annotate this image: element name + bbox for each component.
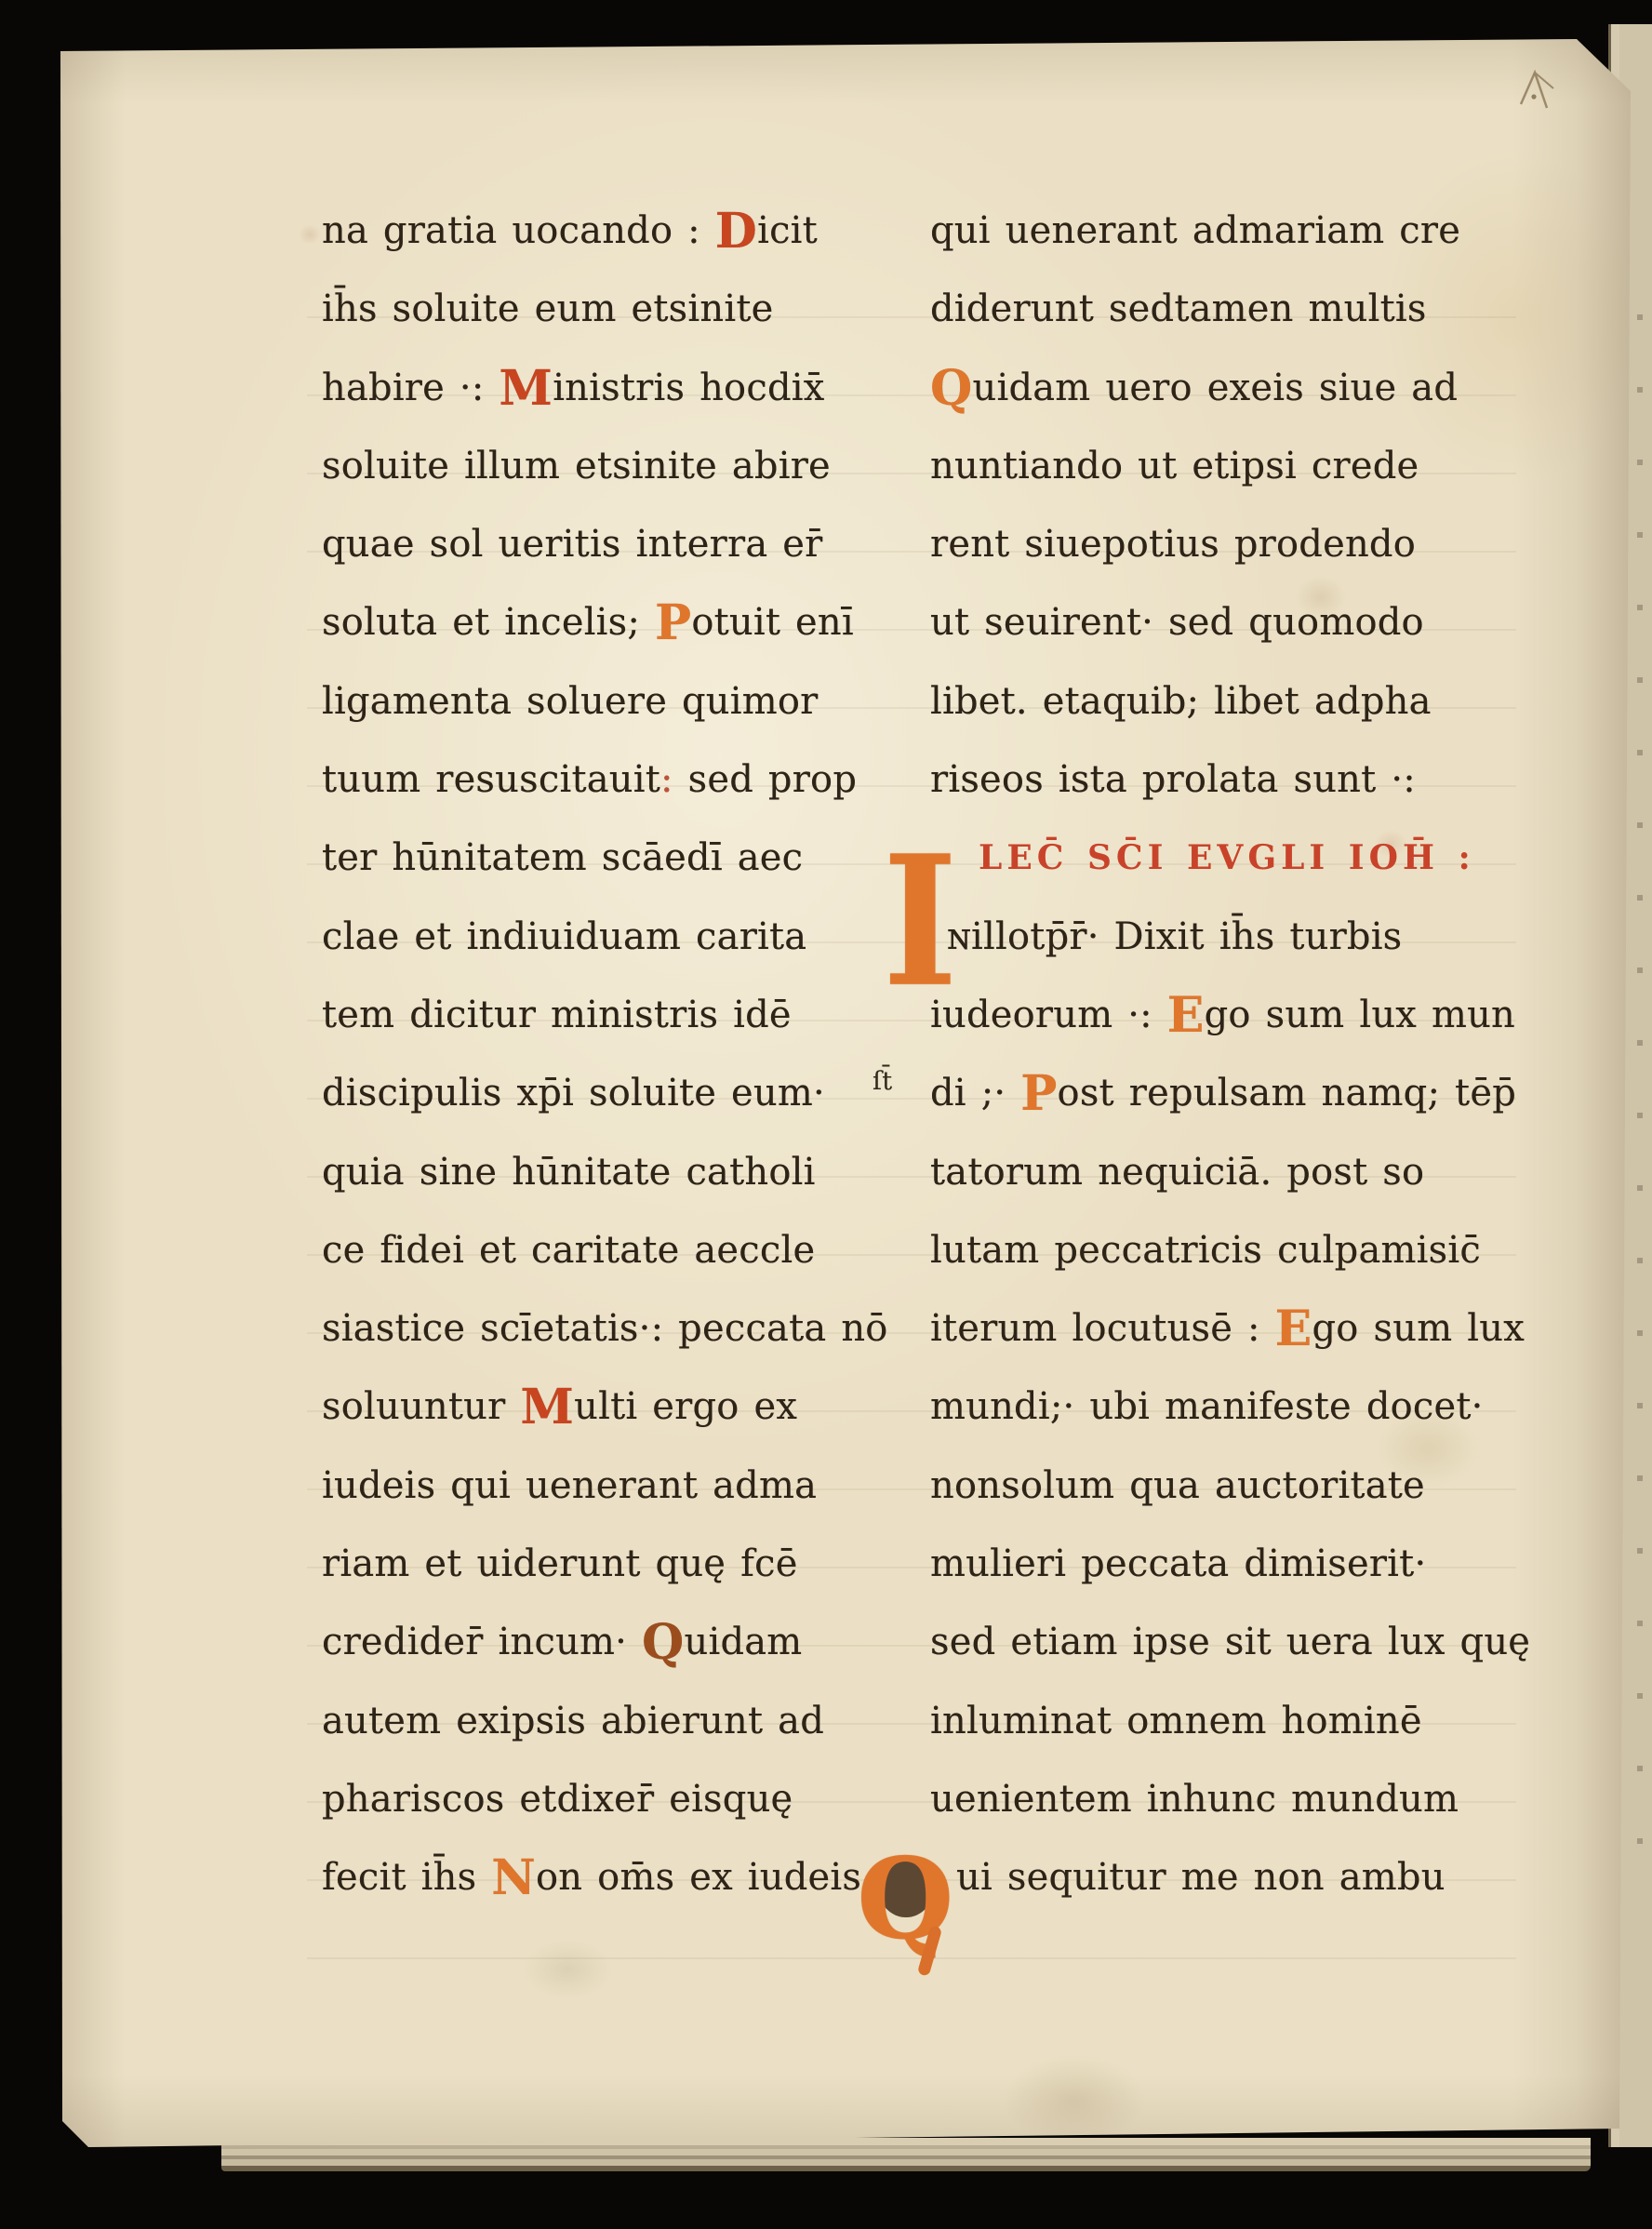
colored-initial: E (1167, 987, 1205, 1044)
line-text: diderunt sedtamen multis (930, 287, 1427, 330)
colored-initial: E (1275, 1301, 1312, 1357)
text-line-right-17: nonsolum qua auctoritate (930, 1447, 1512, 1525)
colored-initial: P (655, 594, 691, 651)
line-text: clae et indiuiduam carita (322, 915, 806, 958)
line-text: inistris hocdix̄ (553, 367, 824, 409)
marginal-note: ſt̄ (873, 1069, 892, 1094)
rubric-line: LEC̄ SC̄I EVGLI IOH̄ : (930, 819, 1512, 897)
text-line-left-5: quae sol ueritis interra er̄ (322, 505, 866, 583)
line-text: libet. etaquib; libet adpha (930, 680, 1432, 723)
colored-initial: P (1020, 1065, 1057, 1122)
line-text: ih̄s soluite eum etsinite (322, 287, 773, 330)
text-line-right-6: ut seuirent· sed quomodo (930, 583, 1512, 661)
text-line-left-21: phariscos etdixer̄ eisquę (322, 1760, 866, 1838)
line-text: otuit enī (691, 601, 854, 644)
text-line-right-15: iterum locutusē : Ego sum lux (930, 1289, 1512, 1368)
line-text: iudeorum ·: (930, 994, 1167, 1036)
text-line-left-16: soluuntur Multi ergo ex (322, 1368, 866, 1446)
line-text: ulti ergo ex (574, 1385, 797, 1428)
text-line-right-19: sed etiam ipse sit uera lux quę (930, 1603, 1512, 1681)
line-text: discipulis xp̄i soluite eum· (322, 1072, 825, 1114)
text-line-left-19: credider̄ incum· Quidam (322, 1603, 866, 1681)
text-line-left-2: ih̄s soluite eum etsinite (322, 270, 866, 348)
line-text: ost repulsam namq; tēp̄ (1058, 1072, 1516, 1114)
line-text: ligamenta soluere quimor (322, 680, 818, 723)
text-line-right-13: tatorum nequiciā. post so (930, 1133, 1512, 1211)
colored-initial: : (660, 758, 673, 801)
text-line-left-11: tem dicitur ministris idē (322, 976, 866, 1054)
line-text: tuum resuscitauit (322, 758, 660, 801)
illuminated-initial-i: I (883, 822, 948, 1062)
line-text: tatorum nequiciā. post so (930, 1151, 1424, 1194)
text-line-right-14: lutam peccatricis culpamisic̄ (930, 1211, 1512, 1289)
line-text: go sum lux (1312, 1307, 1525, 1350)
text-line-left-20: autem exipsis abierunt ad (322, 1682, 866, 1760)
text-line-right-12: ſt̄di ;· Post repulsam namq; tēp̄ (930, 1054, 1512, 1132)
line-text: qui uenerant admariam cre (930, 209, 1460, 252)
right-text-column: qui uenerant admariam crediderunt sedtam… (930, 192, 1512, 1917)
text-line-left-15: siastice scīetatis·: peccata nō (322, 1289, 866, 1368)
line-text: rent siuepotius prodendo (930, 523, 1416, 566)
line-text: ui sequitur me non ambu (956, 1856, 1445, 1899)
colored-initial: Q (642, 1614, 685, 1671)
line-text: tem dicitur ministris idē (322, 994, 792, 1036)
text-line-right-1: qui uenerant admariam cre (930, 192, 1512, 270)
line-text: soluta et incelis; (322, 601, 655, 644)
line-text: fecit ih̄s (322, 1856, 491, 1899)
text-line-right-16: mundi;· ubi manifeste docet· (930, 1368, 1512, 1446)
line-text: ter hūnitatem scāedī aec (322, 836, 803, 879)
text-line-left-6: soluta et incelis; Potuit enī (322, 583, 866, 661)
rubric-text: LEC̄ SC̄I EVGLI IOH̄ : (979, 838, 1475, 877)
line-text: na gratia uocando : (322, 209, 715, 252)
text-line-left-13: quia sine hūnitate catholi (322, 1133, 866, 1211)
line-text: iterum locutusē : (930, 1307, 1275, 1350)
text-line-left-4: soluite illum etsinite abire (322, 427, 866, 505)
text-line-left-7: ligamenta soluere quimor (322, 662, 866, 741)
line-text: uidam (685, 1621, 803, 1663)
text-line-right-5: rent siuepotius prodendo (930, 505, 1512, 583)
text-line-left-9: ter hūnitatem scāedī aec (322, 819, 866, 897)
text-line-left-12: discipulis xp̄i soluite eum· (322, 1054, 866, 1132)
text-line-right-3: Quidam uero exeis siue ad (930, 349, 1512, 427)
manuscript-photo: { "photo": { "background_color": "#08070… (0, 0, 1652, 2229)
text-line-left-14: ce fidei et caritate aeccle (322, 1211, 866, 1289)
text-line-right-7: libet. etaquib; libet adpha (930, 662, 1512, 741)
text-line-left-10: clae et indiuiduam carita (322, 898, 866, 976)
line-text: go sum lux mun (1205, 994, 1515, 1036)
line-text: uenientem inhunc mundum (930, 1778, 1459, 1821)
line-text: habire ·: (322, 367, 499, 409)
line-text: di ;· (930, 1072, 1020, 1114)
line-text: inluminat omnem hominē (930, 1700, 1422, 1742)
text-line-left-18: riam et uiderunt quę fcē (322, 1525, 866, 1603)
colored-initial: N (491, 1849, 536, 1906)
line-text: riam et uiderunt quę fcē (322, 1542, 798, 1585)
line-text: ce fidei et caritate aeccle (322, 1229, 815, 1272)
line-text: ɴillotp̄r̄· Dixit ih̄s turbis (947, 915, 1402, 958)
line-text: mulieri peccata dimiserit· (930, 1542, 1426, 1585)
colored-initial: Q (930, 360, 973, 417)
text-line-left-1: na gratia uocando : Dicit (322, 192, 866, 270)
line-text: siastice scīetatis·: peccata nō (322, 1307, 888, 1350)
line-text: ut seuirent· sed quomodo (930, 601, 1424, 644)
text-line-left-3: habire ·: Ministris hocdix̄ (322, 349, 866, 427)
text-line-left-22: fecit ih̄s Non om̄s ex iudeis (322, 1838, 866, 1916)
initial-i-glyph: I (883, 815, 957, 1026)
text-line-right-22: ui sequitur me non ambu (930, 1838, 1512, 1916)
illuminated-initial-q: Q (857, 1844, 968, 1993)
colored-initial: M (520, 1379, 574, 1435)
line-text: riseos ista prolata sunt ·: (930, 758, 1416, 801)
line-text: quae sol ueritis interra er̄ (322, 523, 822, 566)
colored-initial: D (715, 203, 757, 260)
line-text: soluite illum etsinite abire (322, 445, 831, 487)
line-text: nuntiando ut etipsi crede (930, 445, 1419, 487)
manuscript-page: na gratia uocando : Dicitih̄s soluite eu… (60, 39, 1632, 2149)
text-line-right-2: diderunt sedtamen multis (930, 270, 1512, 348)
text-line-right-21: uenientem inhunc mundum (930, 1760, 1512, 1838)
text-line-right-10: ɴillotp̄r̄· Dixit ih̄s turbis (930, 898, 1512, 976)
line-text: phariscos etdixer̄ eisquę (322, 1778, 793, 1821)
line-text: icit (757, 209, 818, 252)
page-edge-ticks (1637, 247, 1643, 1885)
line-text: sed prop (673, 758, 857, 801)
line-text: uidam uero exeis siue ad (973, 367, 1459, 409)
quire-mark-icon (1510, 63, 1565, 115)
line-text: mundi;· ubi manifeste docet· (930, 1385, 1484, 1428)
text-line-right-20: inluminat omnem hominē (930, 1682, 1512, 1760)
line-text: lutam peccatricis culpamisic̄ (930, 1229, 1481, 1272)
text-line-right-8: riseos ista prolata sunt ·: (930, 741, 1512, 819)
text-line-right-18: mulieri peccata dimiserit· (930, 1525, 1512, 1603)
colored-initial: M (499, 360, 553, 417)
line-text: credider̄ incum· (322, 1621, 642, 1663)
text-line-right-11: iudeorum ·: Ego sum lux mun (930, 976, 1512, 1054)
line-text: nonsolum qua auctoritate (930, 1464, 1425, 1507)
line-text: sed etiam ipse sit uera lux quę (930, 1621, 1530, 1663)
text-line-left-8: tuum resuscitauit: sed prop (322, 741, 866, 819)
line-text: autem exipsis abierunt ad (322, 1700, 824, 1742)
line-text: soluuntur (322, 1385, 520, 1428)
text-line-left-17: iudeis qui uenerant adma (322, 1447, 866, 1525)
line-text: quia sine hūnitate catholi (322, 1151, 816, 1194)
line-text: on om̄s ex iudeis (536, 1856, 861, 1899)
line-text: iudeis qui uenerant adma (322, 1464, 817, 1507)
left-text-column: na gratia uocando : Dicitih̄s soluite eu… (322, 192, 866, 1917)
text-line-right-4: nuntiando ut etipsi crede (930, 427, 1512, 505)
